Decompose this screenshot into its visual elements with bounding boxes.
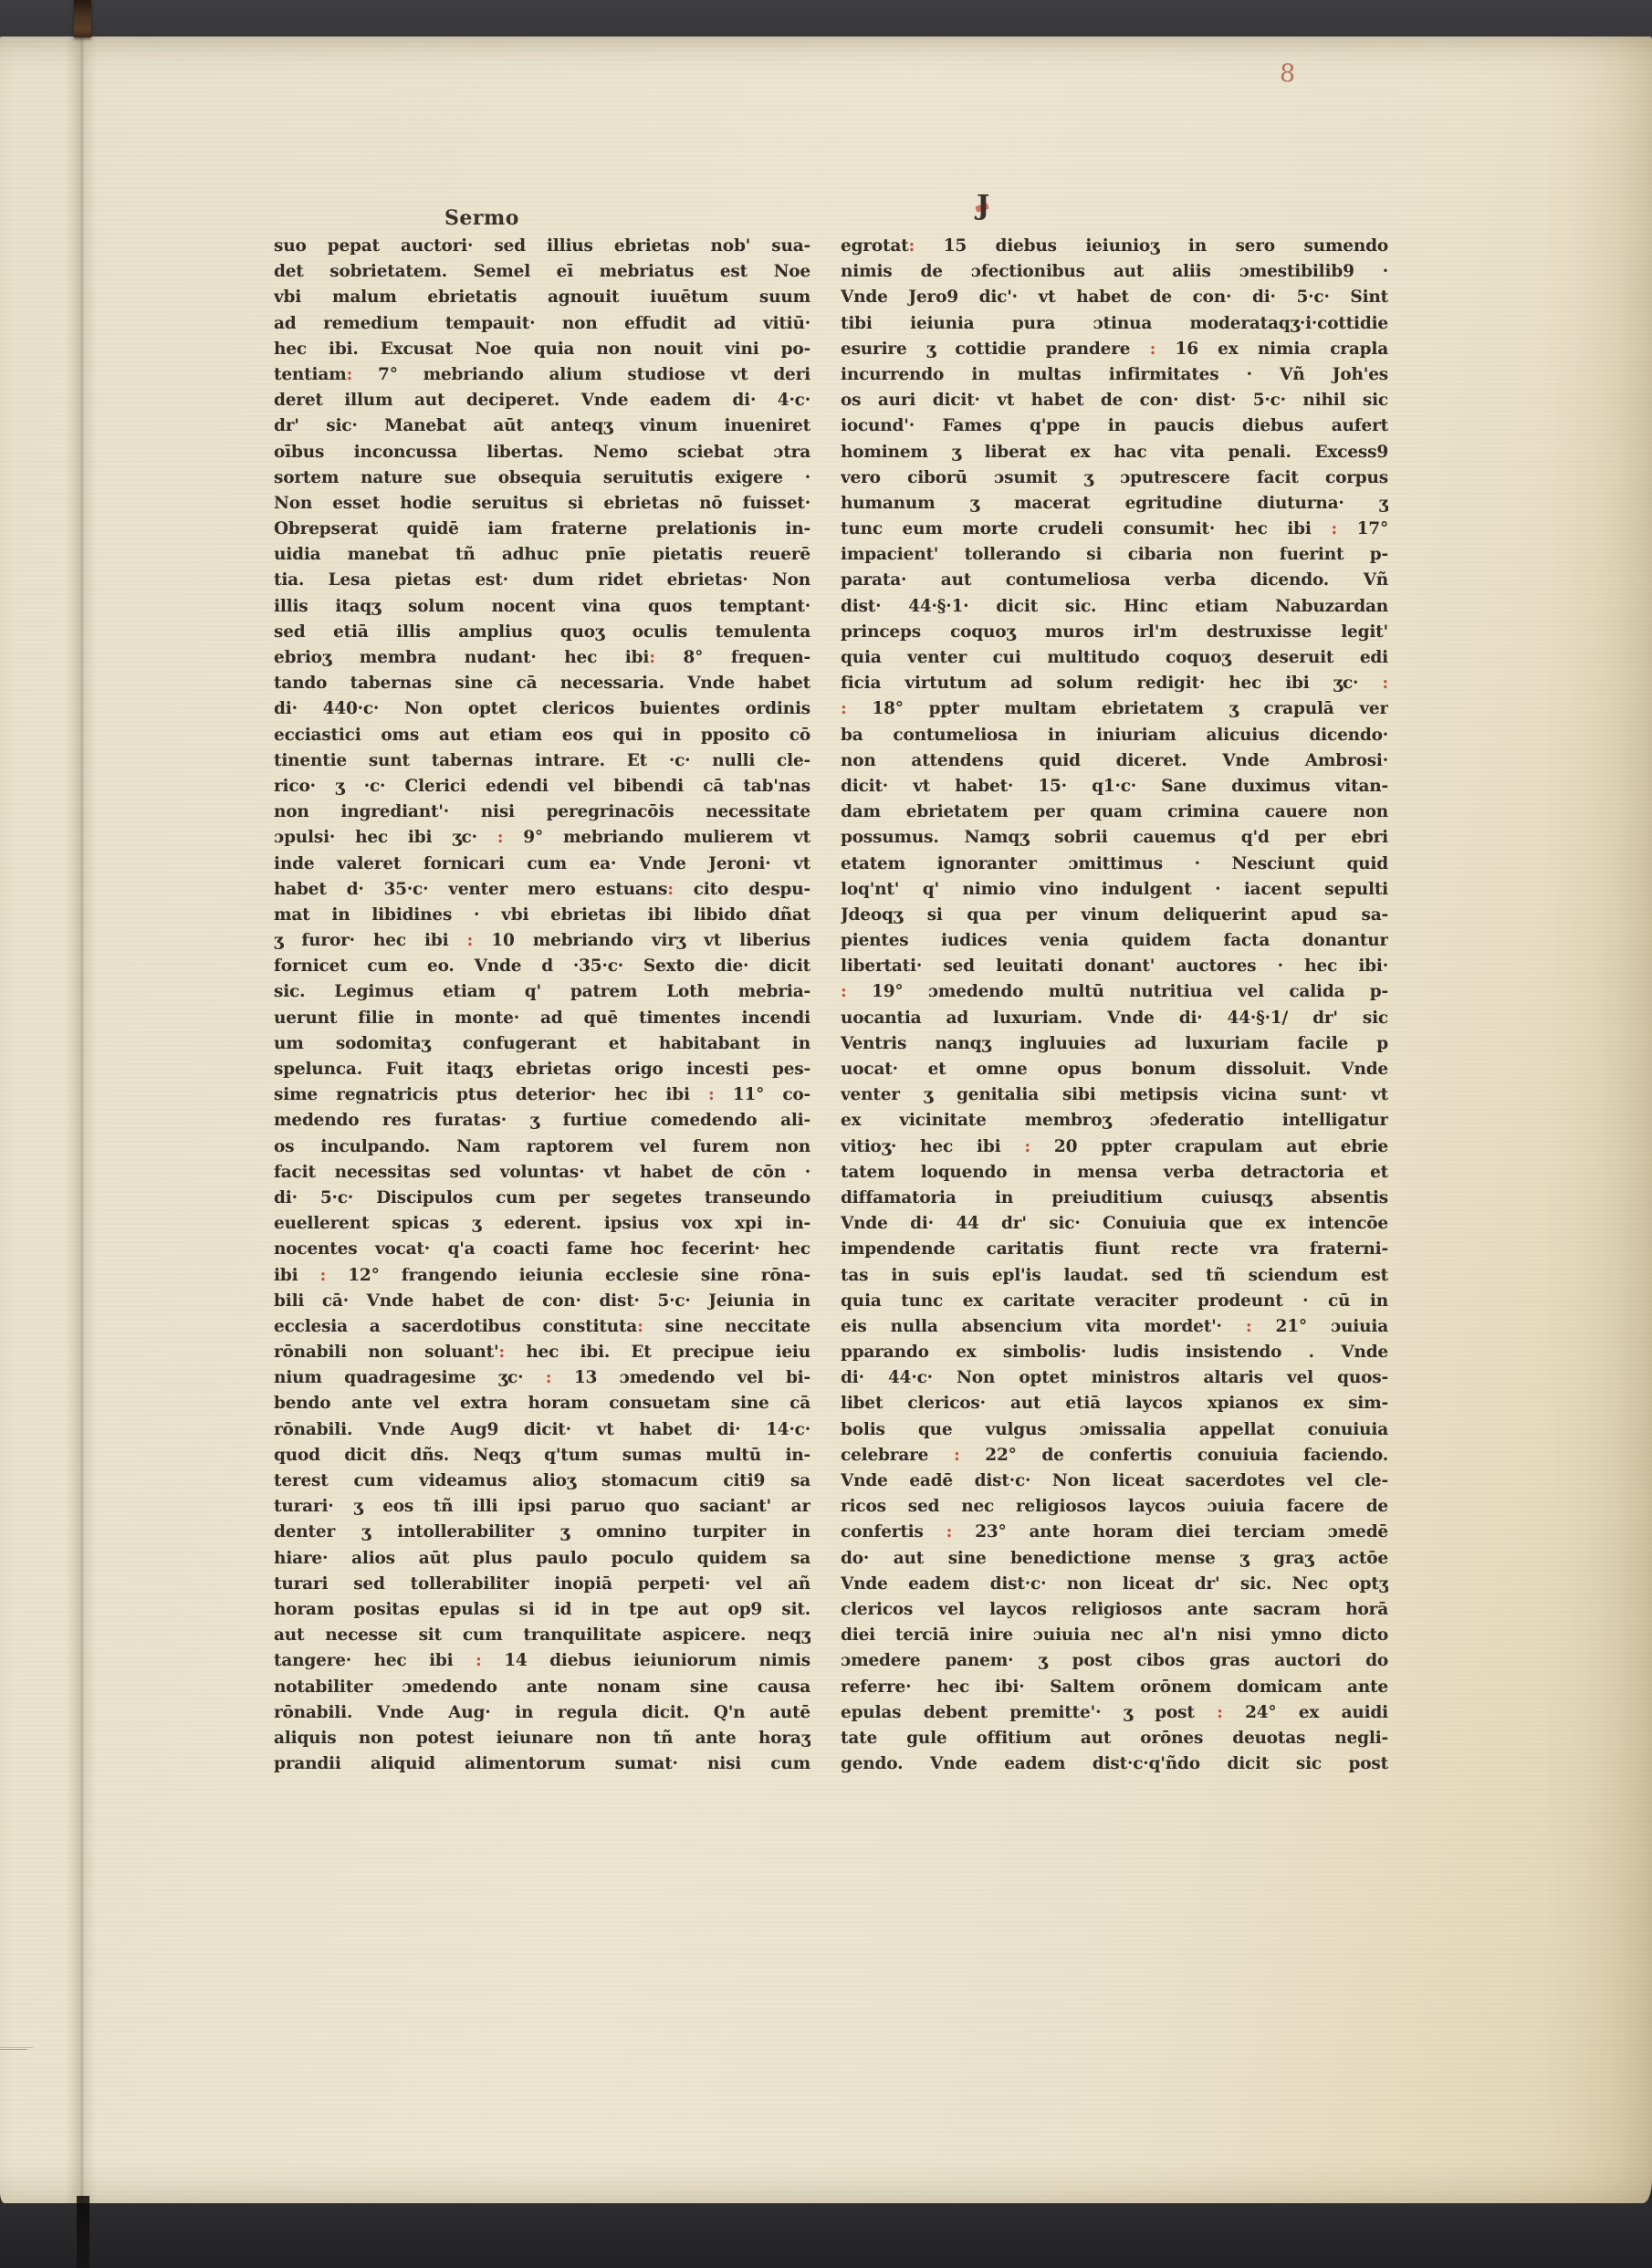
text-line: ex vicinitate membroʒ ɔfederatio intelli… bbox=[841, 1108, 1388, 1134]
text-line: iocund'· Fames q'ppe in paucis diebus au… bbox=[841, 413, 1388, 439]
text-line: ecciastici oms aut etiam eos qui in ppos… bbox=[274, 723, 810, 748]
text-line: Non esset hodie seruitus si ebrietas nō … bbox=[274, 491, 810, 517]
text-line: Vnde di· 44 dr' sic· Conuiuia que ex int… bbox=[841, 1211, 1388, 1237]
text-line: quia tunc ex caritate veraciter prodeunt… bbox=[841, 1289, 1388, 1314]
text-line: Ventris nanqʒ ingluuies ad luxuriam faci… bbox=[841, 1031, 1388, 1057]
rubric-colon: : bbox=[841, 982, 847, 1001]
rubric-colon: : bbox=[498, 1343, 505, 1362]
text-line: horam positas epulas si id in tpe aut op… bbox=[274, 1597, 810, 1623]
text-line: confertis : 23° ante horam diei terciam … bbox=[841, 1520, 1388, 1545]
gutter-fold bbox=[66, 37, 97, 2203]
text-line: tando tabernas sine cā necessaria. Vnde … bbox=[274, 671, 810, 696]
text-line: parata· aut contumeliosa verba dicendo. … bbox=[841, 568, 1388, 593]
text-line: uocat· et omne opus bonum dissoluit. Vnd… bbox=[841, 1057, 1388, 1082]
text-line: rōnabili. Vnde Aug· in regula dicit. Q'n… bbox=[274, 1700, 810, 1726]
text-line: turari sed tollerabiliter inopiā perpeti… bbox=[274, 1572, 810, 1597]
text-line: non ingrediant'· nisi peregrinacōis nece… bbox=[274, 800, 810, 825]
text-line: Jdeoqʒ si qua per vinum deliquerint apud… bbox=[841, 903, 1388, 928]
text-line: nimis de ɔfectionibus aut aliis ɔmestibi… bbox=[841, 259, 1388, 285]
text-line: ɔmedere panem· ʒ post cibos gras auctori… bbox=[841, 1648, 1388, 1674]
text-line: tangere· hec ibi : 14 diebus ieiuniorum … bbox=[274, 1648, 810, 1674]
text-line: ad remedium tempauit· non effudit ad vit… bbox=[274, 311, 810, 337]
text-line: oībus inconcussa libertas. Nemo sciebat … bbox=[274, 440, 810, 465]
rubric-colon: : bbox=[1331, 519, 1337, 538]
text-line: impendende caritatis fiunt recte vra fra… bbox=[841, 1237, 1388, 1262]
rubric-colon: : bbox=[841, 699, 847, 718]
rubric-colon: : bbox=[497, 828, 504, 847]
rubric-colon: : bbox=[1382, 674, 1388, 693]
text-line: hiare· alios aūt plus paulo poculo quide… bbox=[274, 1546, 810, 1572]
text-line: illis itaqʒ solum nocent vina quos tempt… bbox=[274, 594, 810, 620]
text-line: aliquis non potest ieiunare non tñ ante … bbox=[274, 1726, 810, 1751]
text-line: ɔpulsi· hec ibi ʒc· : 9° mebriando mulie… bbox=[274, 825, 810, 851]
text-line: ʒ furor· hec ibi : 10 mebriando virʒ vt … bbox=[274, 928, 810, 954]
rubric-colon: : bbox=[1246, 1317, 1252, 1336]
text-line: denter ʒ intollerabiliter ʒ omnino turpi… bbox=[274, 1520, 810, 1545]
rubric-colon: : bbox=[467, 931, 474, 950]
text-line: prandii aliquid alimentorum sumat· nisi … bbox=[274, 1751, 810, 1777]
text-line: quod dicit dñs. Neqʒ q'tum sumas multū i… bbox=[274, 1443, 810, 1468]
book-scan: 8 Sermo J suo pepat auctori· sed illius … bbox=[0, 0, 1652, 2268]
binding-leather-tab bbox=[74, 0, 91, 37]
text-column-2: egrotat: 15 diebus ieiunioʒ in sero sume… bbox=[841, 234, 1388, 1777]
scanner-background-top bbox=[0, 0, 1652, 37]
text-line: ebrioʒ membra nudant· hec ibi: 8° freque… bbox=[274, 645, 810, 671]
text-line: bili cā· Vnde habet de con· dist· 5·c· J… bbox=[274, 1289, 810, 1314]
text-line: dist· 44·§·1· dicit sic. Hinc etiam Nabu… bbox=[841, 594, 1388, 620]
text-line: libet clericos· aut etiā laycos xpianos … bbox=[841, 1391, 1388, 1416]
text-line: os inculpando. Nam raptorem vel furem no… bbox=[274, 1134, 810, 1160]
text-line: etatem ignoranter ɔmittimus · Nesciunt q… bbox=[841, 852, 1388, 877]
text-line: terest cum videamus alioʒ stomacum citi9… bbox=[274, 1468, 810, 1494]
text-line: eis nulla absencium vita mordet'· : 21° … bbox=[841, 1314, 1388, 1340]
text-line: tunc eum morte crudeli consumit· hec ibi… bbox=[841, 517, 1388, 542]
scan-artifact-line bbox=[0, 2049, 27, 2050]
text-line: rōnabili non soluant': hec ibi. Et preci… bbox=[274, 1340, 810, 1365]
text-line: diei terciā inire ɔuiuia nec al'n nisi y… bbox=[841, 1623, 1388, 1648]
text-line: fornicet cum eo. Vnde d ·35·c· Sexto die… bbox=[274, 954, 810, 979]
text-line: dam ebrietatem per quam crimina cauere n… bbox=[841, 800, 1388, 825]
text-line: Obrepserat quidē iam fraterne prelationi… bbox=[274, 517, 810, 542]
text-line: ficia virtutum ad solum redigit· hec ibi… bbox=[841, 671, 1388, 696]
text-line: nium quadragesime ʒc· : 13 ɔmedendo vel … bbox=[274, 1365, 810, 1391]
text-line: tia. Lesa pietas est· dum ridet ebrietas… bbox=[274, 568, 810, 593]
text-line: incurrendo in multas infirmitates · Vñ J… bbox=[841, 362, 1388, 388]
text-line: rico· ʒ ·c· Clerici edendi vel bibendi c… bbox=[274, 774, 810, 800]
scanner-background-bottom bbox=[0, 2201, 1652, 2268]
text-line: dicit· vt habet· 15· q1·c· Sane duximus … bbox=[841, 774, 1388, 800]
text-line: vitioʒ· hec ibi : 20 ppter crapulam aut … bbox=[841, 1134, 1388, 1160]
text-line: quia venter cui multitudo coquoʒ deserui… bbox=[841, 645, 1388, 671]
rubric-colon: : bbox=[954, 1446, 960, 1465]
text-line: tatem loquendo in mensa verba detractori… bbox=[841, 1160, 1388, 1186]
text-line: vbi malum ebrietatis agnouit iuuētum suu… bbox=[274, 285, 810, 310]
text-line: medendo res furatas· ʒ furtiue comedendo… bbox=[274, 1108, 810, 1134]
text-line: ricos sed nec religiosos laycos ɔuiuia f… bbox=[841, 1494, 1388, 1520]
text-line: det sobrietatem. Semel eī mebriatus est … bbox=[274, 259, 810, 285]
text-line: ba contumeliosa in iniuriam alicuius dic… bbox=[841, 723, 1388, 748]
rubric-colon: : bbox=[1150, 340, 1156, 359]
text-line: pientes iudices venia quidem facta donan… bbox=[841, 928, 1388, 954]
text-line: vero ciborū ɔsumit ʒ ɔputrescere facit c… bbox=[841, 465, 1388, 491]
text-line: tibi ieiunia pura ɔtinua moderataqʒ·i·co… bbox=[841, 311, 1388, 337]
text-line: Vnde eadem dist·c· non liceat dr' sic. N… bbox=[841, 1572, 1388, 1597]
text-line: euellerent spicas ʒ ederent. ipsius vox … bbox=[274, 1211, 810, 1237]
rubric-colon: : bbox=[667, 880, 674, 899]
rubric-colon: : bbox=[546, 1368, 552, 1387]
rubric-colon: : bbox=[908, 236, 915, 256]
text-line: notabiliter ɔmedendo ante nonam sine cau… bbox=[274, 1675, 810, 1700]
text-line: dr' sic· Manebat aūt anteqʒ vinum inueni… bbox=[274, 413, 810, 439]
text-line: uidia manebat tñ adhuc pnīe pietatis reu… bbox=[274, 542, 810, 568]
text-line: libertati· sed leuitati donant' auctores… bbox=[841, 954, 1388, 979]
text-line: os auri dicit· vt habet de con· dist· 5·… bbox=[841, 388, 1388, 413]
column2-header: J bbox=[977, 190, 990, 222]
text-line: pparando ex simbolis· ludis insistendo .… bbox=[841, 1340, 1388, 1365]
text-line: venter ʒ genitalia sibi metipsis vicina … bbox=[841, 1082, 1388, 1108]
text-line: humanum ʒ macerat egritudine diuturna· ʒ bbox=[841, 491, 1388, 517]
text-line: rōnabili. Vnde Aug9 dicit· vt habet di· … bbox=[274, 1417, 810, 1443]
text-column-1: suo pepat auctori· sed illius ebrietas n… bbox=[274, 234, 810, 1777]
text-line: impacient' tollerando si cibaria non fue… bbox=[841, 542, 1388, 568]
rubric-colon: : bbox=[476, 1651, 482, 1670]
text-line: do· aut sine benedictione mense ʒ graʒ a… bbox=[841, 1546, 1388, 1572]
text-line: princeps coquoʒ muros irl'm destruxisse … bbox=[841, 620, 1388, 645]
text-line: nocentes vocat· q'a coacti fame hoc fece… bbox=[274, 1237, 810, 1262]
text-line: tentiam: 7° mebriando alium studiose vt … bbox=[274, 362, 810, 388]
text-line: sime regnatricis ptus deterior· hec ibi … bbox=[274, 1082, 810, 1108]
text-line: turari· ʒ eos tñ illi ipsi paruo quo sac… bbox=[274, 1494, 810, 1520]
text-line: inde valeret fornicari cum ea· Vnde Jero… bbox=[274, 852, 810, 877]
text-line: possumus. Namqʒ sobrii cauemus q'd per e… bbox=[841, 825, 1388, 851]
folio-number: 8 bbox=[1279, 59, 1334, 89]
text-line: habet d· 35·c· venter mero estuans: cito… bbox=[274, 877, 810, 903]
rubric-colon: : bbox=[649, 648, 655, 667]
text-line: epulas debent premitte'· ʒ post : 24° ex… bbox=[841, 1700, 1388, 1726]
rubric-colon: : bbox=[320, 1266, 327, 1285]
binding-gutter-shadow bbox=[77, 2196, 89, 2268]
text-line: sortem nature sue obsequia seruitutis ex… bbox=[274, 465, 810, 491]
text-line: facit necessitas sed voluntas· vt habet … bbox=[274, 1160, 810, 1186]
text-line: esurire ʒ cottidie prandere : 16 ex nimi… bbox=[841, 337, 1388, 362]
text-line: bolis que vulgus ɔmissalia appellat conu… bbox=[841, 1417, 1388, 1443]
text-line: tinentie sunt tabernas intrare. Et ·c· n… bbox=[274, 748, 810, 774]
rubric-colon: : bbox=[637, 1317, 643, 1336]
page-paper bbox=[0, 37, 1652, 2203]
text-line: sed etiā illis amplius quoʒ oculis temul… bbox=[274, 620, 810, 645]
rubric-colon: : bbox=[946, 1522, 953, 1542]
text-line: : 19° ɔmedendo multū nutritiua vel calid… bbox=[841, 979, 1388, 1005]
scan-artifact-line bbox=[0, 2047, 33, 2048]
text-line: Vnde Jero9 dic'· vt habet de con· di· 5·… bbox=[841, 285, 1388, 310]
text-line: gendo. Vnde eadem dist·c·q'ñdo dicit sic… bbox=[841, 1751, 1388, 1777]
text-line: referre· hec ibi· Saltem orōnem domicam … bbox=[841, 1675, 1388, 1700]
text-line: spelunca. Fuit itaqʒ ebrietas origo ince… bbox=[274, 1057, 810, 1082]
text-line: ibi : 12° frangendo ieiunia ecclesie sin… bbox=[274, 1263, 810, 1289]
text-line: uocantia ad luxuriam. Vnde di· 44·§·1/ d… bbox=[841, 1006, 1388, 1031]
text-line: sic. Legimus etiam q' patrem Loth mebria… bbox=[274, 979, 810, 1005]
text-line: : 18° ppter multam ebrietatem ʒ crapulā … bbox=[841, 696, 1388, 722]
text-line: suo pepat auctori· sed illius ebrietas n… bbox=[274, 234, 810, 259]
rubric-colon: : bbox=[1024, 1137, 1030, 1156]
text-line: uerunt filie in monte· ad quē timentes i… bbox=[274, 1006, 810, 1031]
rubric-colon: : bbox=[1217, 1703, 1223, 1722]
column1-header: Sermo bbox=[444, 206, 519, 230]
text-line: di· 5·c· Discipulos cum per segetes tran… bbox=[274, 1186, 810, 1211]
scan-artifact bbox=[0, 2047, 33, 2050]
text-line: um sodomitaʒ confugerant et habitabant i… bbox=[274, 1031, 810, 1057]
text-line: egrotat: 15 diebus ieiunioʒ in sero sume… bbox=[841, 234, 1388, 259]
text-line: mat in libidines · vbi ebrietas ibi libi… bbox=[274, 903, 810, 928]
text-line: di· 440·c· Non optet clericos buientes o… bbox=[274, 696, 810, 722]
text-line: tate gule offitium aut orōnes deuotas ne… bbox=[841, 1726, 1388, 1751]
rubric-colon: : bbox=[708, 1085, 715, 1104]
text-line: Vnde eadē dist·c· Non liceat sacerdotes … bbox=[841, 1468, 1388, 1494]
text-line: tas in suis epl'is laudat. sed tñ sciend… bbox=[841, 1263, 1388, 1289]
text-line: loq'nt' q' nimio vino indulgent · iacent… bbox=[841, 877, 1388, 903]
text-line: hec ibi. Excusat Noe quia non nouit vini… bbox=[274, 337, 810, 362]
text-line: bendo ante vel extra horam consuetam sin… bbox=[274, 1391, 810, 1416]
text-line: celebrare : 22° de confertis conuiuia fa… bbox=[841, 1443, 1388, 1468]
text-line: di· 44·c· Non optet ministros altaris ve… bbox=[841, 1365, 1388, 1391]
text-line: ecclesia a sacerdotibus constituta: sine… bbox=[274, 1314, 810, 1340]
text-line: non attendens quid diceret. Vnde Ambrosi… bbox=[841, 748, 1388, 774]
text-line: clericos vel laycos religiosos ante sacr… bbox=[841, 1597, 1388, 1623]
text-line: diffamatoria in preiuditium cuiusqʒ abse… bbox=[841, 1186, 1388, 1211]
text-line: deret illum aut deciperet. Vnde eadem di… bbox=[274, 388, 810, 413]
text-line: hominem ʒ liberat ex hac vita penali. Ex… bbox=[841, 440, 1388, 465]
rubric-colon: : bbox=[347, 365, 353, 384]
text-line: aut necesse sit cum tranquilitate aspice… bbox=[274, 1623, 810, 1648]
